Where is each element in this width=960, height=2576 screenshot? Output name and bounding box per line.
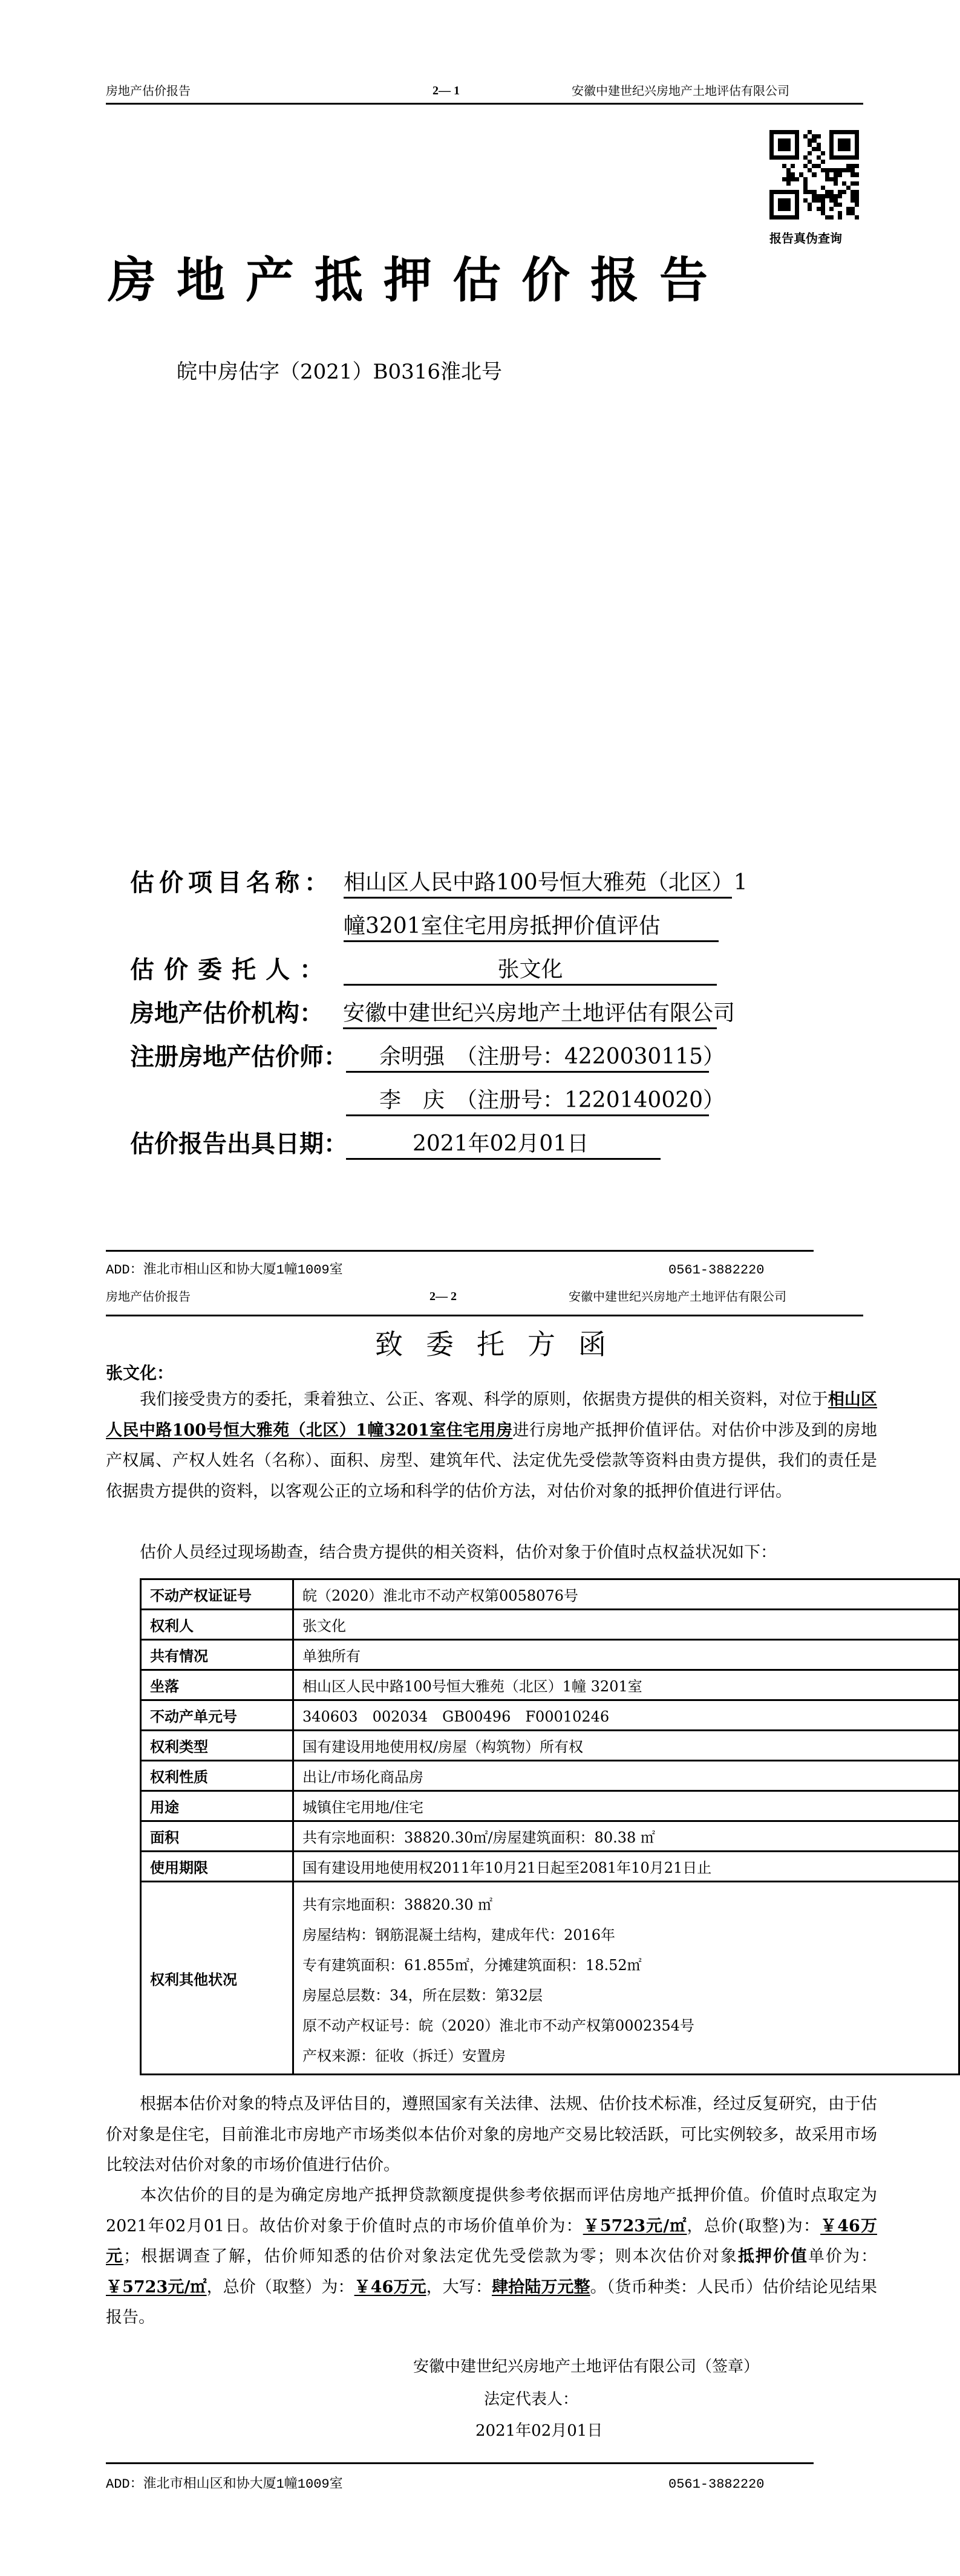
row-value: 340603 002034 GB00496 F00010246	[293, 1700, 959, 1731]
appraiser-label: 注册房地产估价师：	[130, 1043, 348, 1071]
table-row: 共有情况单独所有	[141, 1640, 959, 1670]
row-label: 权利性质	[141, 1761, 293, 1791]
intro-text-1: 我们接受贵方的委托，秉着独立、公正、客观、科学的原则，依据贵方提供的相关资料，对…	[140, 1390, 828, 1409]
salutation: 张文化：	[106, 1363, 174, 1384]
page-number: 2— 2	[429, 1289, 457, 1304]
document-number: 皖中房估字（2021）B0316淮北号	[177, 360, 502, 384]
table-row: 权利性质出让/市场化商品房	[141, 1761, 959, 1791]
conclusion-text-4: 单价为：	[808, 2247, 877, 2266]
table-row: 使用期限国有建设用地使用权2011年10月21日起至2081年10月21日止	[141, 1852, 959, 1882]
signature-company: 安徽中建世纪兴房地产土地评估有限公司（签章）	[413, 2357, 759, 2376]
letter-title: 致委托方函	[200, 1328, 805, 1361]
report-date-value: 2021年02月01日	[346, 1130, 661, 1160]
footer-rule	[106, 2462, 814, 2464]
agency-value: 安徽中建世纪兴房地产土地评估有限公司	[343, 1000, 717, 1029]
client-value: 张文化	[344, 956, 717, 986]
other-status-line: 原不动产权证号：皖（2020）淮北市不动产权第0002354号	[302, 2011, 950, 2041]
row-value: 国有建设用地使用权2011年10月21日起至2081年10月21日止	[293, 1852, 959, 1882]
header-rule	[106, 103, 863, 105]
row-value: 共有宗地面积：38820.30㎡/房屋建筑面积：80.38 ㎡	[293, 1821, 959, 1852]
appraiser-1: 余明强 （注册号：4220030115）	[346, 1043, 709, 1073]
conclusion-text-5: ，总价（取整）为：	[207, 2278, 354, 2297]
footer-phone: 0561-3882220	[668, 1263, 764, 1278]
row-label: 权利其他状况	[141, 1882, 293, 2075]
client-label: 估价委托人：	[130, 956, 333, 984]
row-value: 国有建设用地使用权/房屋（构筑物）所有权	[293, 1731, 959, 1761]
page-header-left: 房地产估价报告	[106, 1289, 191, 1304]
conclusion-text-3: ；根据调查了解，估价师知悉的估价对象法定优先受偿款为零；则本次估价对象	[123, 2247, 738, 2266]
qr-label: 报告真伪查询	[769, 229, 842, 246]
other-status-line: 共有宗地面积：38820.30 ㎡	[302, 1890, 950, 1920]
table-row: 不动产权证证号皖（2020）淮北市不动产权第0058076号	[141, 1579, 959, 1610]
row-label: 不动产单元号	[141, 1700, 293, 1731]
page-number: 2— 1	[433, 83, 460, 98]
page-header-right: 安徽中建世纪兴房地产土地评估有限公司	[572, 83, 789, 98]
row-label: 不动产权证证号	[141, 1579, 293, 1610]
project-name-value-line2: 幢3201室住宅用房抵押价值评估	[344, 912, 719, 942]
survey-text: 估价人员经过现场勘查，结合贵方提供的相关资料，估价对象于价值时点权益状况如下：	[140, 1543, 777, 1562]
row-value: 城镇住宅用地/住宅	[293, 1791, 959, 1821]
other-status-line: 房屋总层数：34，所在层数：第32层	[302, 1980, 950, 2011]
other-status-line: 房屋结构：钢筋混凝土结构，建成年代：2016年	[302, 1920, 950, 1950]
market-unit-price: ￥5723元/㎡	[583, 2217, 687, 2236]
table-row: 坐落相山区人民中路100号恒大雅苑（北区）1幢 3201室	[141, 1670, 959, 1700]
table-row: 不动产单元号340603 002034 GB00496 F00010246	[141, 1700, 959, 1731]
row-label: 共有情况	[141, 1640, 293, 1670]
table-row: 用途城镇住宅用地/住宅	[141, 1791, 959, 1821]
row-value: 相山区人民中路100号恒大雅苑（北区）1幢 3201室	[293, 1670, 959, 1700]
row-value: 出让/市场化商品房	[293, 1761, 959, 1791]
row-label: 坐落	[141, 1670, 293, 1700]
qr-code[interactable]	[769, 130, 859, 220]
report-date-label: 估价报告出具日期：	[130, 1130, 348, 1158]
table-row: 权利类型国有建设用地使用权/房屋（构筑物）所有权	[141, 1731, 959, 1761]
intro-paragraph: 我们接受贵方的委托，秉着独立、公正、客观、科学的原则，依据贵方提供的相关资料，对…	[106, 1385, 877, 1507]
row-value: 皖（2020）淮北市不动产权第0058076号	[293, 1579, 959, 1610]
conclusion-text-6: ，大写：	[426, 2278, 492, 2297]
row-value: 张文化	[293, 1610, 959, 1640]
table-row-other-status: 权利其他状况共有宗地面积：38820.30 ㎡房屋结构：钢筋混凝土结构，建成年代…	[141, 1882, 959, 2075]
conclusion-text-2: ，总价(取整)为：	[687, 2217, 821, 2236]
row-label: 使用期限	[141, 1852, 293, 1882]
header-rule	[106, 1315, 863, 1316]
row-label: 权利类型	[141, 1731, 293, 1761]
appraiser-2: 李 庆 （注册号：1220140020）	[346, 1087, 709, 1116]
conclusion-paragraph: 本次估价的目的是为确定房地产抵押贷款额度提供参考依据而评估房地产抵押价值。价值时…	[106, 2181, 877, 2334]
other-status-line: 产权来源：征收（拆迁）安置房	[302, 2041, 950, 2071]
row-label: 用途	[141, 1791, 293, 1821]
row-label: 权利人	[141, 1610, 293, 1640]
page-header-right: 安徽中建世纪兴房地产土地评估有限公司	[569, 1289, 786, 1304]
footer-address: ADD：淮北市相山区和协大厦1幢1009室	[106, 2477, 343, 2493]
table-row: 面积共有宗地面积：38820.30㎡/房屋建筑面积：80.38 ㎡	[141, 1821, 959, 1852]
agency-label: 房地产估价机构：	[130, 1000, 324, 1027]
mortgage-value-label: 抵押价值	[738, 2247, 808, 2266]
row-value: 单独所有	[293, 1640, 959, 1670]
mortgage-total-price: ￥46万元	[354, 2278, 426, 2297]
report-title: 房地产抵押估价报告	[108, 253, 728, 307]
signature-date: 2021年02月01日	[475, 2421, 602, 2441]
project-name-value-line1: 相山区人民中路100号恒大雅苑（北区）1	[344, 869, 732, 899]
row-value: 共有宗地面积：38820.30 ㎡房屋结构：钢筋混凝土结构，建成年代：2016年…	[293, 1882, 959, 2075]
footer-phone: 0561-3882220	[668, 2477, 764, 2493]
method-text: 根据本估价对象的特点及评估目的，遵照国家有关法律、法规、估价技术标准，经过反复研…	[106, 2095, 877, 2174]
method-paragraph: 根据本估价对象的特点及评估目的，遵照国家有关法律、法规、估价技术标准，经过反复研…	[106, 2089, 877, 2181]
rights-table: 不动产权证证号皖（2020）淮北市不动产权第0058076号权利人张文化共有情况…	[140, 1578, 960, 2075]
page-header-left: 房地产估价报告	[106, 83, 191, 98]
footer-rule	[106, 1250, 814, 1252]
project-name-label: 估价项目名称：	[130, 869, 333, 897]
table-row: 权利人张文化	[141, 1610, 959, 1640]
mortgage-unit-price: ￥5723元/㎡	[106, 2278, 207, 2297]
row-label: 面积	[141, 1821, 293, 1852]
legal-representative: 法定代表人：	[484, 2390, 578, 2409]
other-status-line: 专有建筑面积：61.855㎡，分摊建筑面积：18.52㎡	[302, 1950, 950, 1980]
footer-address: ADD：淮北市相山区和协大厦1幢1009室	[106, 1263, 343, 1278]
qr-code-icon	[769, 130, 859, 220]
survey-paragraph: 估价人员经过现场勘查，结合贵方提供的相关资料，估价对象于价值时点权益状况如下：	[106, 1538, 877, 1569]
total-in-words: 肆拾陆万元整	[492, 2278, 590, 2297]
